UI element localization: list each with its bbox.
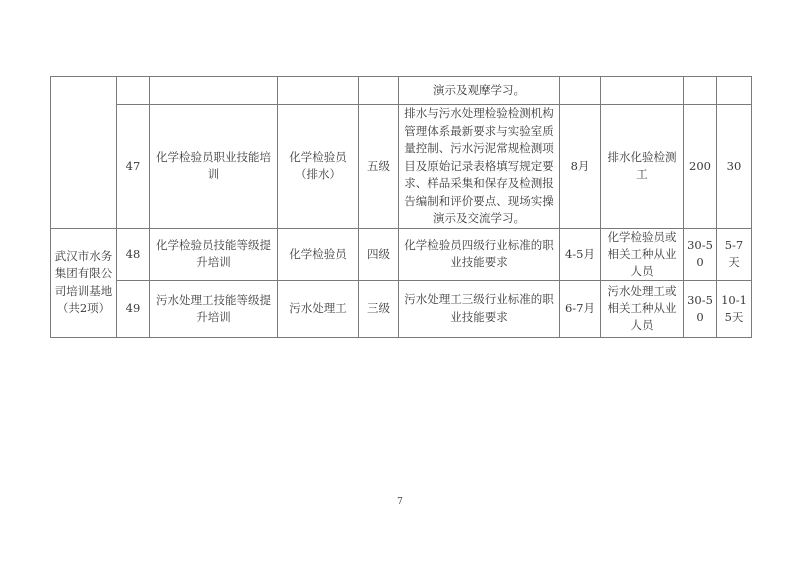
cell-occupation: 污水处理工 — [278, 280, 359, 337]
page-number: 7 — [0, 497, 800, 507]
cell-time: 6-7月 — [560, 280, 601, 337]
cell-duration: 10-15天 — [717, 280, 752, 337]
table-row: 49 污水处理工技能等级提升培训 污水处理工 三级 污水处理工三级行业标准的职业… — [51, 280, 752, 337]
cell-content: 化学检验员四级行业标准的职业技能要求 — [399, 228, 560, 280]
cell-no: 48 — [117, 228, 150, 280]
cell-level: 五级 — [359, 105, 399, 229]
cell-count: 30-50 — [684, 280, 717, 337]
cell-occupation: 化学检验员 — [278, 228, 359, 280]
cell-organization: 武汉市水务集团有限公司培训基地（共2项） — [51, 228, 117, 337]
cell-target: 化学检验员或相关工种从业人员 — [601, 228, 684, 280]
cell-count: 30-50 — [684, 228, 717, 280]
cell-target: 排水化验检测工 — [601, 105, 684, 229]
cell-course — [150, 77, 278, 105]
cell-organization-prev — [51, 77, 117, 229]
cell-duration: 5-7天 — [717, 228, 752, 280]
cell-content: 排水与污水处理检验检测机构管理体系最新要求与实验室质量控制、污水污泥常规检测项目… — [399, 105, 560, 229]
cell-course: 污水处理工技能等级提升培训 — [150, 280, 278, 337]
cell-no: 49 — [117, 280, 150, 337]
cell-time: 8月 — [560, 105, 601, 229]
cell-occupation: 化学检验员（排水） — [278, 105, 359, 229]
table-row: 47 化学检验员职业技能培训 化学检验员（排水） 五级 排水与污水处理检验检测机… — [51, 105, 752, 229]
cell-occupation — [278, 77, 359, 105]
cell-content: 演示及观摩学习。 — [399, 77, 560, 105]
cell-level — [359, 77, 399, 105]
cell-target: 污水处理工或相关工种从业人员 — [601, 280, 684, 337]
cell-content: 污水处理工三级行业标准的职业技能要求 — [399, 280, 560, 337]
cell-course: 化学检验员技能等级提升培训 — [150, 228, 278, 280]
document-page: 演示及观摩学习。 47 化学检验员职业技能培训 化学检验员（排水） 五级 排水与… — [0, 0, 800, 566]
table-row-continued: 演示及观摩学习。 — [51, 77, 752, 105]
cell-level: 四级 — [359, 228, 399, 280]
cell-count — [684, 77, 717, 105]
cell-count: 200 — [684, 105, 717, 229]
cell-duration: 30 — [717, 105, 752, 229]
cell-course: 化学检验员职业技能培训 — [150, 105, 278, 229]
cell-target — [601, 77, 684, 105]
cell-level: 三级 — [359, 280, 399, 337]
cell-duration — [717, 77, 752, 105]
training-plan-table: 演示及观摩学习。 47 化学检验员职业技能培训 化学检验员（排水） 五级 排水与… — [50, 76, 752, 338]
table-row: 武汉市水务集团有限公司培训基地（共2项） 48 化学检验员技能等级提升培训 化学… — [51, 228, 752, 280]
cell-time — [560, 77, 601, 105]
cell-no: 47 — [117, 105, 150, 229]
cell-no — [117, 77, 150, 105]
cell-time: 4-5月 — [560, 228, 601, 280]
